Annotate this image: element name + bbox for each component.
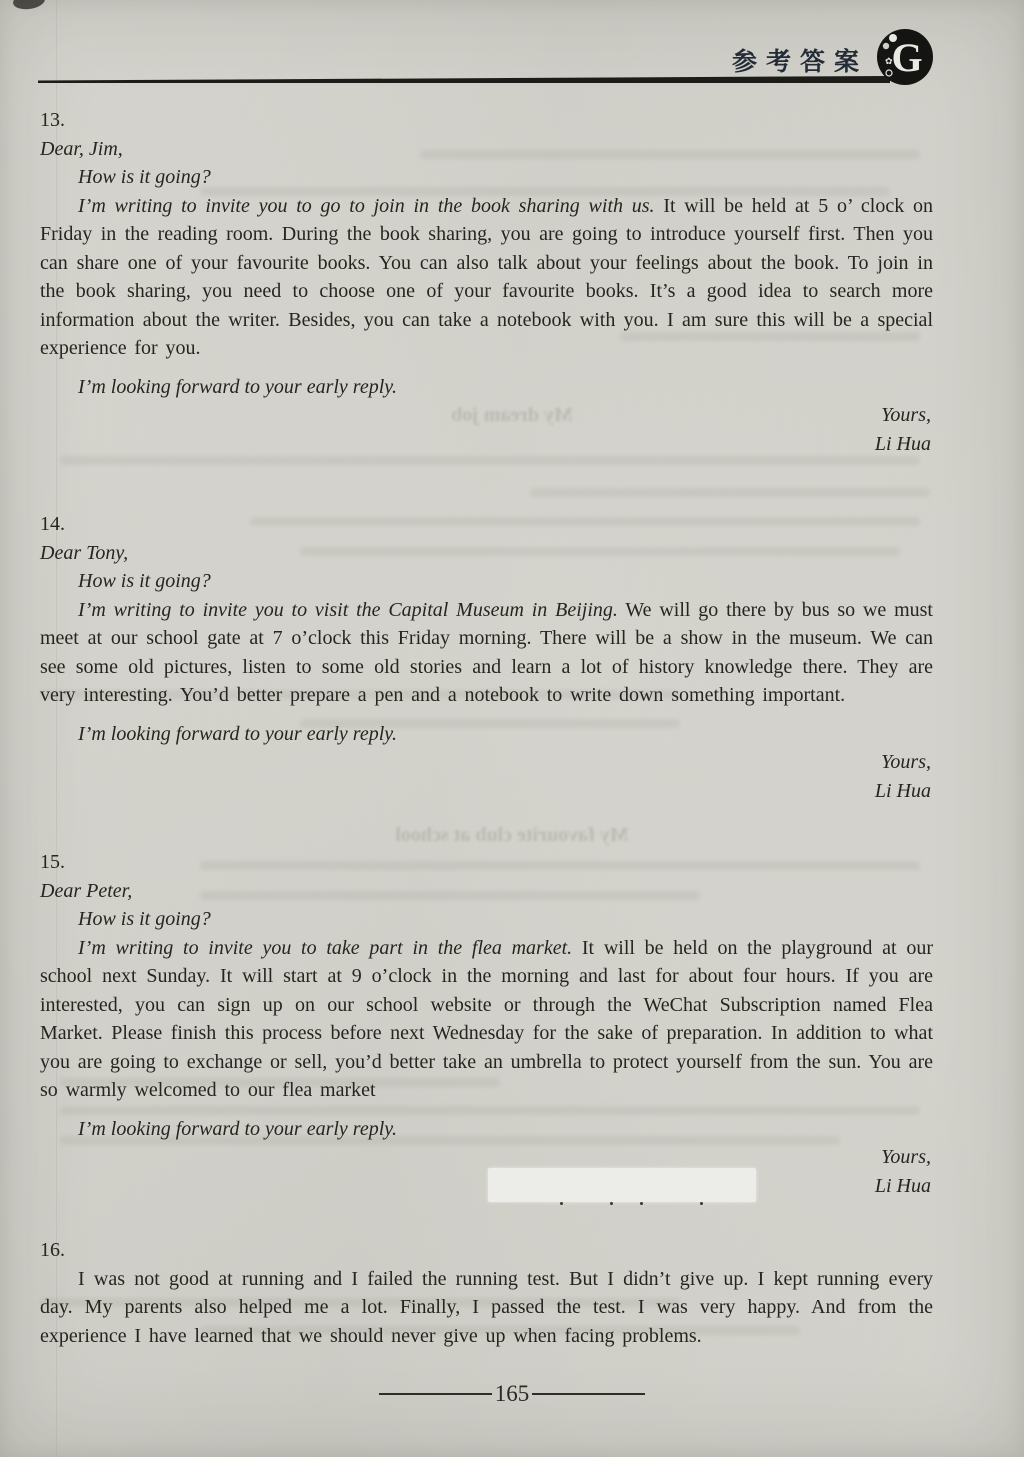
letter-signature: Li Hua xyxy=(40,1172,933,1201)
answer-16-paragraph: I was not good at running and I failed t… xyxy=(40,1265,933,1351)
letter-closing: I’m looking forward to your early reply. xyxy=(40,373,933,402)
answer-15: 15. Dear Peter, How is it going? I’m wri… xyxy=(40,848,933,1200)
letter-salutation: Dear, Jim, xyxy=(40,135,933,164)
scanned-answer-page: { "header": { "title": "参考答案", "logo_let… xyxy=(0,0,1024,1457)
letter-body-lead: I’m writing to invite you to take part i… xyxy=(78,937,572,959)
letter-body-rest: It will be held on the playground at our… xyxy=(40,937,933,1102)
letter-signature-block: Yours, Li Hua xyxy=(40,1143,933,1200)
letter-signoff: Yours, xyxy=(40,748,933,777)
page-number-rule-left xyxy=(379,1393,492,1395)
letter-signature-block: Yours, Li Hua xyxy=(40,748,933,805)
letter-salutation: Dear Peter, xyxy=(40,877,933,906)
logo-ball-icon xyxy=(889,34,897,42)
letter-greeting: How is it going? xyxy=(40,905,933,934)
letter-body: I’m writing to invite you to visit the C… xyxy=(40,596,933,710)
letter-signature: Li Hua xyxy=(40,777,933,806)
letter-signoff: Yours, xyxy=(40,1143,933,1172)
answer-number: 13. xyxy=(40,106,933,135)
page-footer: 165 xyxy=(0,1381,1024,1407)
answer-13: 13. Dear, Jim, How is it going? I’m writ… xyxy=(40,106,933,458)
letter-salutation: Dear Tony, xyxy=(40,539,933,568)
letter-greeting: How is it going? xyxy=(40,567,933,596)
letter-body-lead: I’m writing to invite you to go to join … xyxy=(78,195,655,217)
answer-number: 14. xyxy=(40,510,933,539)
publisher-logo: G ✿ xyxy=(876,28,934,86)
erased-correction-patch xyxy=(488,1168,756,1202)
letter-body: I’m writing to invite you to go to join … xyxy=(40,192,933,363)
page-number: 165 xyxy=(495,1381,530,1407)
letter-closing: I’m looking forward to your early reply. xyxy=(40,1115,933,1144)
logo-g-letter: G xyxy=(891,35,922,80)
letter-greeting: How is it going? xyxy=(40,163,933,192)
answer-number: 16. xyxy=(40,1236,933,1265)
answer-number: 15. xyxy=(40,848,933,877)
answer-14: 14. Dear Tony, How is it going? I’m writ… xyxy=(40,510,933,805)
scan-corner-artifact xyxy=(12,0,46,11)
logo-ball-icon xyxy=(886,70,892,76)
answers-content: 13. Dear, Jim, How is it going? I’m writ… xyxy=(40,106,933,1350)
letter-signature-block: Yours, Li Hua xyxy=(40,401,933,458)
letter-body-lead: I’m writing to invite you to visit the C… xyxy=(78,599,618,621)
answer-16: 16. I was not good at running and I fail… xyxy=(40,1236,933,1350)
letter-signoff: Yours, xyxy=(40,401,933,430)
logo-ball-icon xyxy=(883,43,889,49)
page-number-rule-right xyxy=(532,1393,645,1395)
logo-flower-icon: ✿ xyxy=(885,56,893,66)
letter-closing: I’m looking forward to your early reply. xyxy=(40,720,933,749)
letter-body-rest: It will be held at 5 o’ clock on Friday … xyxy=(40,195,933,360)
letter-signature: Li Hua xyxy=(40,430,933,459)
answers-header-title: 参考答案 xyxy=(732,42,868,78)
header-rule xyxy=(38,76,890,83)
letter-body: I’m writing to invite you to take part i… xyxy=(40,934,933,1105)
